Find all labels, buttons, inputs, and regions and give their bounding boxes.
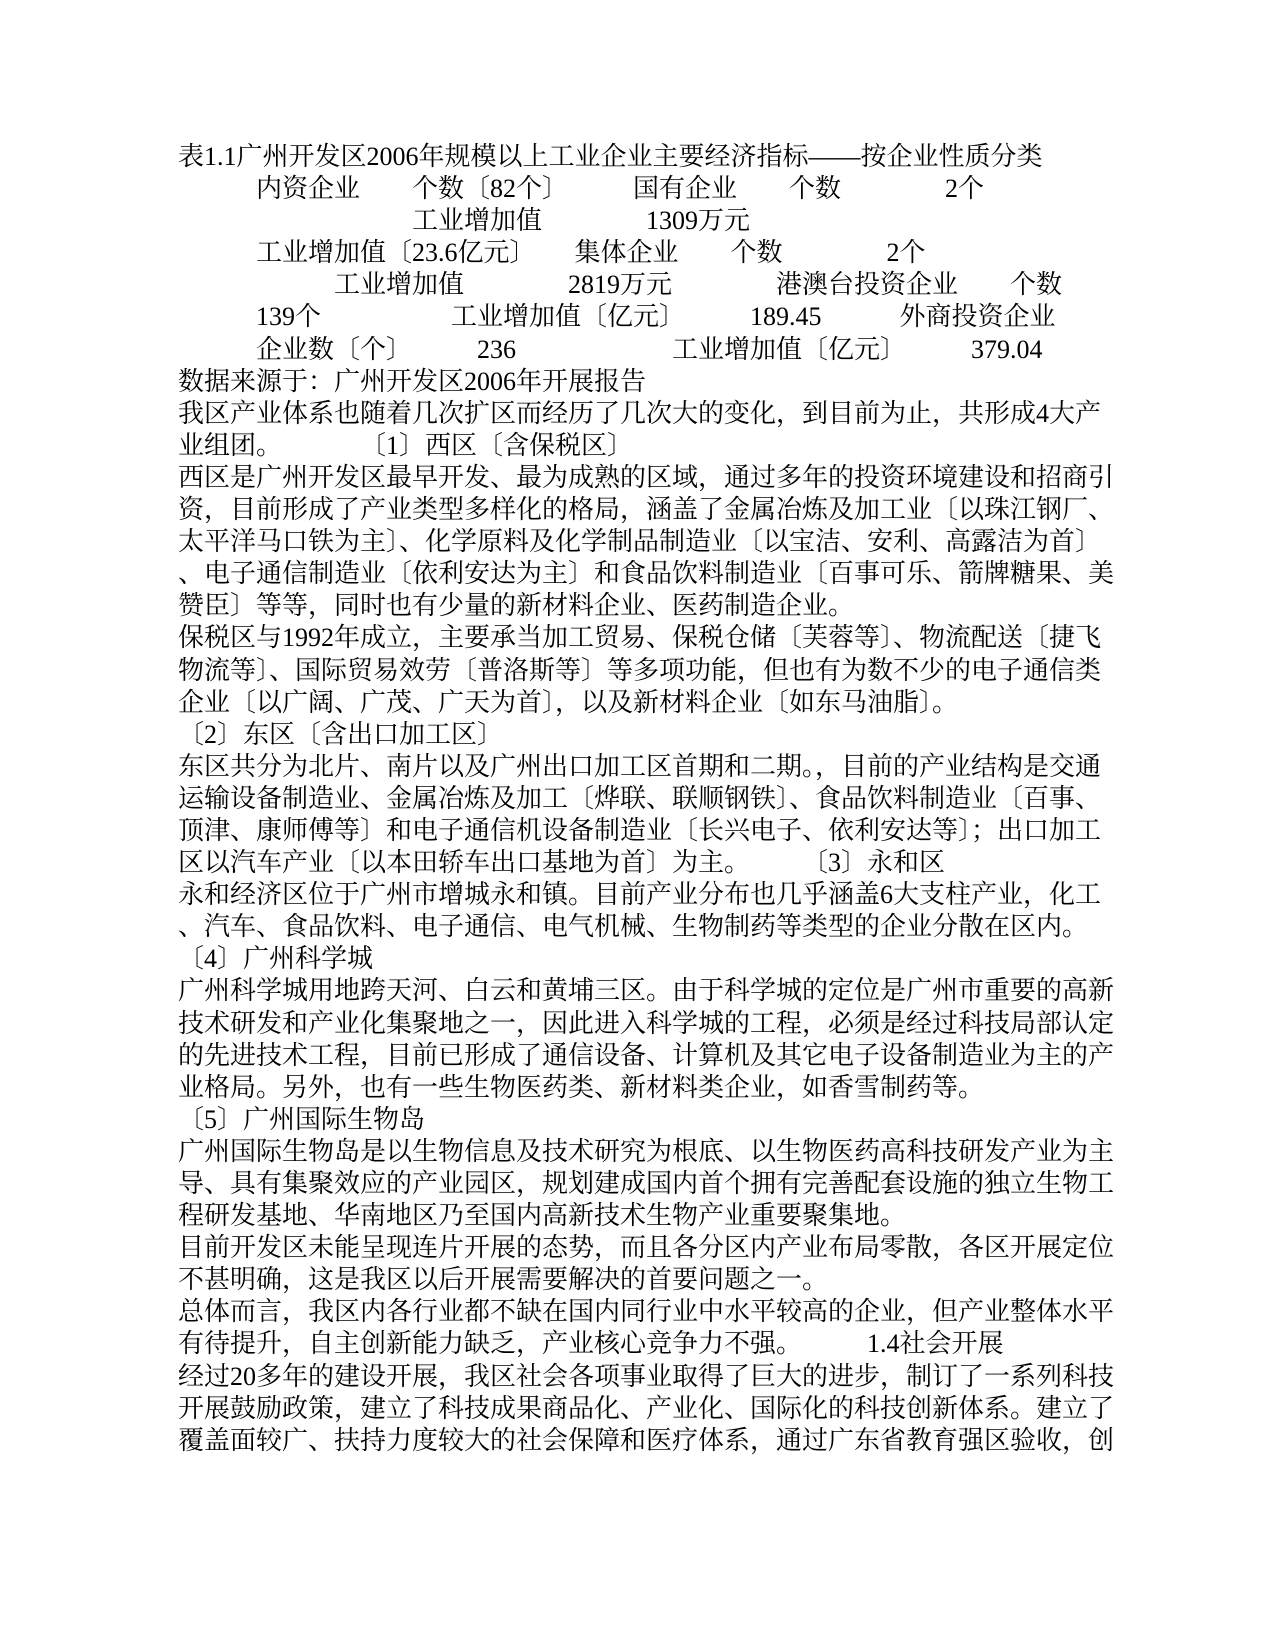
document-line: 企业〔以广阔、广茂、广天为首〕，以及新材料企业〔如东马油脂〕。 xyxy=(178,687,1198,719)
document-line: 太平洋马口铁为主〕、化学原料及化学制品制造业〔以宝洁、安利、高露洁为首〕 xyxy=(178,526,1198,558)
document-line: 总体而言，我区内各行业都不缺在国内同行业中水平较高的企业，但产业整体水平 xyxy=(178,1296,1198,1328)
document-line: 表1.1广州开发区2006年规模以上工业企业主要经济指标——按企业性质分类 xyxy=(178,141,1198,173)
document-line: 的先进技术工程，目前已形成了通信设备、计算机及其它电子设备制造业为主的产 xyxy=(178,1040,1198,1072)
document-line: 目前开发区未能呈现连片开展的态势，而且各分区内产业布局零散，各区开展定位 xyxy=(178,1232,1198,1264)
document-line: 技术研发和产业化集聚地之一，因此进入科学城的工程，必须是经过科技局部认定 xyxy=(178,1008,1198,1040)
document-line: 有待提升，自主创新能力缺乏，产业核心竞争力不强。 1.4社会开展 xyxy=(178,1328,1198,1360)
document-line: 工业增加值 2819万元 港澳台投资企业 个数 xyxy=(178,269,1198,301)
document-line: 数据来源于：广州开发区2006年开展报告 xyxy=(178,366,1198,398)
document-line: 开展鼓励政策，建立了科技成果商品化、产业化、国际化的科技创新体系。建立了 xyxy=(178,1393,1198,1425)
document-line: 运输设备制造业、金属冶炼及加工〔烨联、联顺钢铁〕、食品饮料制造业〔百事、 xyxy=(178,783,1198,815)
document-line: 东区共分为北片、南片以及广州出口加工区首期和二期。，目前的产业结构是交通 xyxy=(178,751,1198,783)
document-line: 不甚明确，这是我区以后开展需要解决的首要问题之一。 xyxy=(178,1264,1198,1296)
document-line: 经过20多年的建设开展，我区社会各项事业取得了巨大的进步，制订了一系列科技 xyxy=(178,1361,1198,1393)
document-line: 〔5〕广州国际生物岛 xyxy=(178,1104,1198,1136)
document-line: 我区产业体系也随着几次扩区而经历了几次大的变化，到目前为止，共形成4大产 xyxy=(178,398,1198,430)
document-line: 、电子通信制造业〔依利安达为主〕和食品饮料制造业〔百事可乐、箭牌糖果、美 xyxy=(178,558,1198,590)
document-line: 企业数〔个〕 236 工业增加值〔亿元〕 379.04 xyxy=(178,334,1198,366)
document-line: 业格局。另外，也有一些生物医药类、新材料类企业，如香雪制药等。 xyxy=(178,1072,1198,1104)
document-line: 物流等〕、国际贸易效劳〔普洛斯等〕等多项功能，但也有为数不少的电子通信类 xyxy=(178,655,1198,687)
document-page: 表1.1广州开发区2006年规模以上工业企业主要经济指标——按企业性质分类 内资… xyxy=(0,0,1275,1650)
document-line: 业组团。 〔1〕西区〔含保税区〕 xyxy=(178,430,1198,462)
document-line: 区以汽车产业〔以本田轿车出口基地为首〕为主。 〔3〕永和区 xyxy=(178,847,1198,879)
document-line: 程研发基地、华南地区乃至国内高新技术生物产业重要聚集地。 xyxy=(178,1200,1198,1232)
document-line: 永和经济区位于广州市增城永和镇。目前产业分布也几乎涵盖6大支柱产业，化工 xyxy=(178,879,1198,911)
document-line: 赞臣〕等等，同时也有少量的新材料企业、医药制造企业。 xyxy=(178,590,1198,622)
document-line: 保税区与1992年成立，主要承当加工贸易、保税仓储〔芙蓉等〕、物流配送〔捷飞 xyxy=(178,622,1198,654)
document-line: 139个 工业增加值〔亿元〕 189.45 外商投资企业 xyxy=(178,301,1198,333)
document-line: 广州科学城用地跨天河、白云和黄埔三区。由于科学城的定位是广州市重要的高新 xyxy=(178,975,1198,1007)
document-line: 西区是广州开发区最早开发、最为成熟的区域，通过多年的投资环境建设和招商引 xyxy=(178,462,1198,494)
document-line: 工业增加值 1309万元 xyxy=(178,205,1198,237)
document-line: 内资企业 个数〔82个〕 国有企业 个数 2个 xyxy=(178,173,1198,205)
document-body: 表1.1广州开发区2006年规模以上工业企业主要经济指标——按企业性质分类 内资… xyxy=(178,141,1198,1457)
document-line: 覆盖面较广、扶持力度较大的社会保障和医疗体系，通过广东省教育强区验收，创 xyxy=(178,1425,1198,1457)
document-line: 导、具有集聚效应的产业园区，规划建成国内首个拥有完善配套设施的独立生物工 xyxy=(178,1168,1198,1200)
document-line: 、汽车、食品饮料、电子通信、电气机械、生物制药等类型的企业分散在区内。 xyxy=(178,911,1198,943)
document-line: 资，目前形成了产业类型多样化的格局，涵盖了金属冶炼及加工业〔以珠江钢厂、 xyxy=(178,494,1198,526)
document-line: 〔2〕东区〔含出口加工区〕 xyxy=(178,719,1198,751)
document-line: 〔4〕广州科学城 xyxy=(178,943,1198,975)
document-line: 广州国际生物岛是以生物信息及技术研究为根底、以生物医药高科技研发产业为主 xyxy=(178,1136,1198,1168)
document-line: 工业增加值〔23.6亿元〕 集体企业 个数 2个 xyxy=(178,237,1198,269)
document-line: 顶津、康师傅等〕和电子通信机设备制造业〔长兴电子、依利安达等〕；出口加工 xyxy=(178,815,1198,847)
